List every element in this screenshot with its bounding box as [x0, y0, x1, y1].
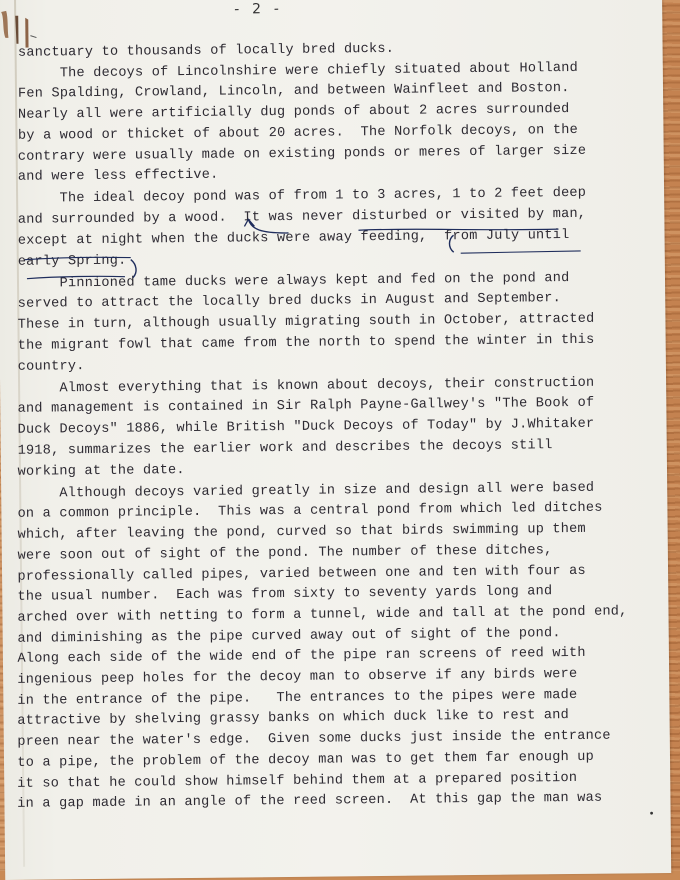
text-line: professionally called pipes, varied betw… — [17, 563, 585, 585]
text-line: Pinnioned tame ducks were always kept an… — [18, 271, 570, 293]
text-line: served to attract the locally bred ducks… — [18, 291, 561, 313]
text-line: Duck Decoys" 1886, while British "Duck D… — [18, 417, 595, 439]
underline-mark-2 — [461, 251, 581, 253]
text-line: in a gap made in an angle of the reed sc… — [17, 791, 602, 813]
text-line: which, after leaving the pond, curved so… — [17, 522, 585, 544]
text-line: arched over with netting to form a tunne… — [17, 604, 627, 626]
text-line: on a common principle. This was a centra… — [17, 501, 602, 523]
ink-dot — [650, 812, 653, 815]
text-line: Fen Spalding, Crowland, Lincoln, and bet… — [18, 81, 570, 103]
text-line: it so that he could show himself behind … — [17, 770, 577, 792]
text-line: to a pipe, the problem of the decoy man … — [17, 750, 594, 772]
text-line: preen near the water's edge. Given some … — [17, 729, 611, 751]
text-line: attractive by shelving grassy banks on w… — [17, 708, 569, 730]
text-line: and surrounded by a wood. It was never d… — [18, 207, 586, 229]
text-line: country. — [18, 359, 85, 376]
text-line: Almost everything that is known about de… — [18, 375, 595, 397]
text-line: ingenious peep holes for the decoy man t… — [17, 667, 577, 689]
text-line: the migrant fowl that came from the nort… — [18, 333, 595, 355]
text-line: Although decoys varied greatly in size a… — [18, 480, 595, 502]
text-line: early Spring. — [18, 253, 127, 270]
text-line: sanctuary to thousands of locally bred d… — [18, 42, 394, 62]
text-line: The ideal decoy pond was of from 1 to 3 … — [18, 186, 586, 208]
text-line: These in turn, although usually migratin… — [18, 312, 595, 334]
text-line: the usual number. Each was from sixty to… — [17, 584, 552, 606]
text-line: Along each side of the wide end of the p… — [17, 646, 585, 668]
text-line: 1918, summarizes the earlier work and de… — [18, 438, 553, 460]
text-line: working at the date. — [18, 463, 185, 481]
typewritten-page: - 2 - sanctuary to thousands of locally … — [0, 0, 671, 871]
text-line: The decoys of Lincolnshire were chiefly … — [18, 61, 578, 83]
text-line: were soon out of sight of the pond. The … — [17, 543, 552, 565]
text-line: Nearly all were artificially dug ponds o… — [18, 102, 570, 124]
page-number: - 2 - — [234, 1, 279, 17]
text-line: and diminishing as the pipe curved away … — [17, 626, 560, 648]
text-line: and management is contained in Sir Ralph… — [18, 396, 595, 418]
text-line: except at night when the ducks were away… — [18, 228, 570, 250]
text-line: in the entrance of the pipe. The entranc… — [17, 688, 577, 710]
text-line: by a wood or thicket of about 20 acres. … — [18, 123, 578, 145]
rust-stain-marks — [0, 7, 47, 48]
text-line: contrary were usually made on existing p… — [18, 143, 586, 165]
text-line: and were less effective. — [18, 168, 219, 186]
